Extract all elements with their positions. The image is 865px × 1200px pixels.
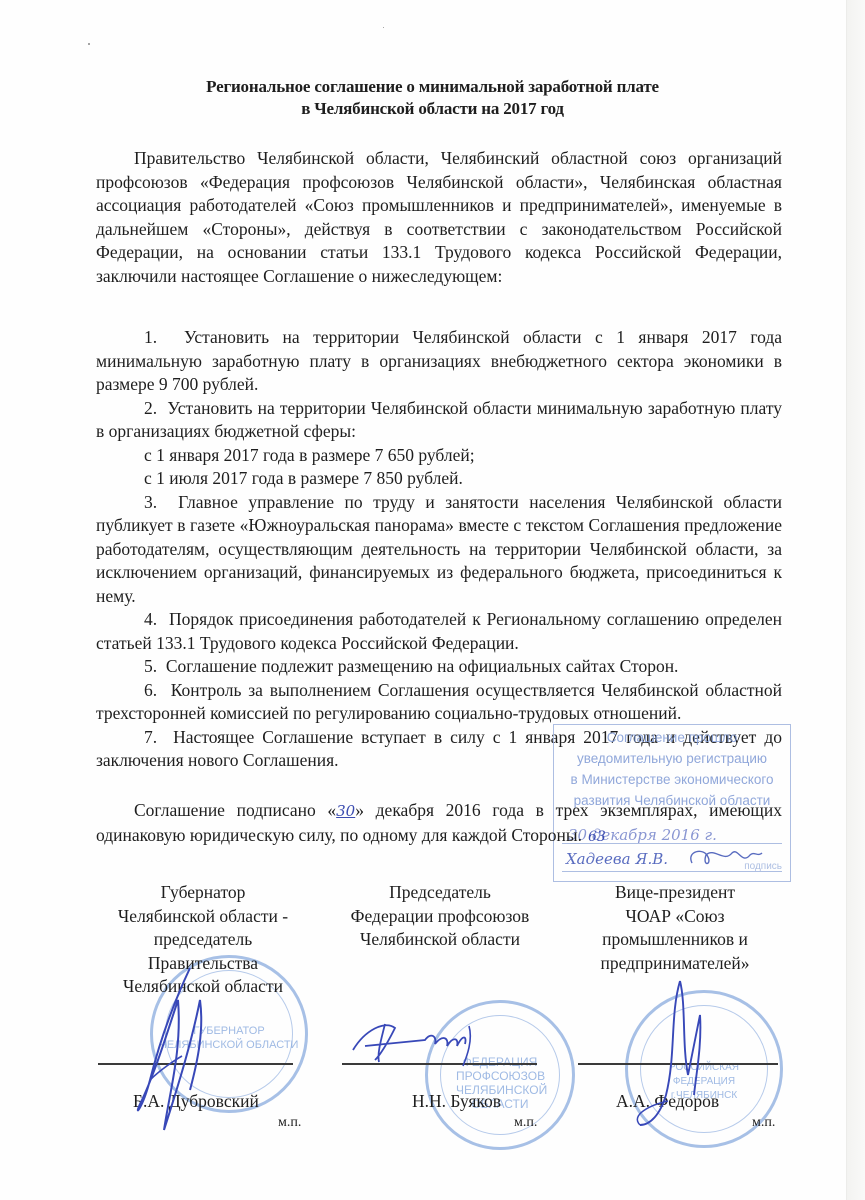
item-text: Порядок присоединения работодателей к Ре… — [96, 609, 782, 653]
item-number: 7. — [144, 727, 157, 747]
item-4: 4. Порядок присоединения работодателей к… — [96, 608, 782, 655]
item-text: Соглашение подлежит размещению на официа… — [166, 656, 679, 676]
signed-block: Соглашение подписано «30» декабря 2016 г… — [96, 799, 782, 849]
item-text: Главное управление по труду и занятости … — [96, 492, 782, 606]
signed-text-start: Соглашение подписано « — [134, 800, 336, 820]
item-number: 5. — [144, 656, 157, 676]
scan-edge — [846, 0, 865, 1200]
item-text: Установить на территории Челябинской обл… — [96, 398, 782, 442]
signatory-unions-role: Председатель Федерации профсоюзов Челяби… — [330, 881, 550, 952]
title-line-2: в Челябинской области на 2017 год — [0, 98, 865, 120]
scan-speck — [383, 27, 384, 28]
item-number: 2. — [144, 398, 157, 418]
employers-signature-icon — [620, 975, 730, 1135]
seal-place-label: м.п. — [514, 1115, 537, 1131]
stamp-line-2: уведомительную регистрацию — [554, 748, 790, 769]
item-number: 6. — [144, 680, 157, 700]
item-6: 6. Контроль за выполнением Соглашения ос… — [96, 679, 782, 726]
stamp-signature-label: подпись — [744, 856, 782, 877]
item-text: Контроль за выполнением Соглашения осуще… — [96, 680, 782, 724]
signatory-employers-role: Вице-президент ЧОАР «Союз промышленников… — [565, 881, 785, 975]
signed-day-handwritten: 30 — [336, 802, 355, 820]
handwritten-reg-number: 63 — [588, 829, 606, 845]
document-page: Региональное соглашение о минимальной за… — [0, 0, 865, 1200]
item-number: 1. — [144, 327, 157, 347]
item-2-subline-2: с 1 июля 2017 года в размере 7 850 рубле… — [96, 467, 782, 491]
unions-signature-icon — [345, 1010, 495, 1070]
item-3: 3. Главное управление по труду и занятос… — [96, 491, 782, 609]
document-title: Региональное соглашение о минимальной за… — [0, 76, 865, 120]
item-5: 5. Соглашение подлежит размещению на офи… — [96, 655, 782, 679]
item-2-subline-1: с 1 января 2017 года в размере 7 650 руб… — [96, 444, 782, 468]
item-number: 3. — [144, 492, 157, 512]
seal-place-label: м.п. — [278, 1115, 301, 1131]
item-2: 2. Установить на территории Челябинской … — [96, 397, 782, 444]
signed-paragraph: Соглашение подписано «30» декабря 2016 г… — [96, 799, 782, 849]
signatory-unions-name: Н.Н. Буяков — [412, 1091, 501, 1112]
intro-paragraph: Правительство Челябинской области, Челяб… — [96, 147, 782, 288]
seal-place-label: м.п. — [752, 1115, 775, 1131]
item-number: 4. — [144, 609, 157, 629]
item-text: Установить на территории Челябинской обл… — [96, 327, 782, 394]
intro-block: Правительство Челябинской области, Челяб… — [96, 147, 782, 288]
stamp-handwritten-name: Хадеева Я.В. — [566, 849, 668, 870]
title-line-1: Региональное соглашение о минимальной за… — [0, 76, 865, 98]
stamp-line-1: Соглашение прошло — [554, 727, 790, 748]
governor-signature-icon — [120, 960, 250, 1140]
stamp-line-3: в Министерстве экономического — [554, 769, 790, 790]
item-1: 1. Установить на территории Челябинской … — [96, 326, 782, 397]
scan-speck — [88, 43, 90, 45]
items-list: 1. Установить на территории Челябинской … — [96, 326, 782, 773]
